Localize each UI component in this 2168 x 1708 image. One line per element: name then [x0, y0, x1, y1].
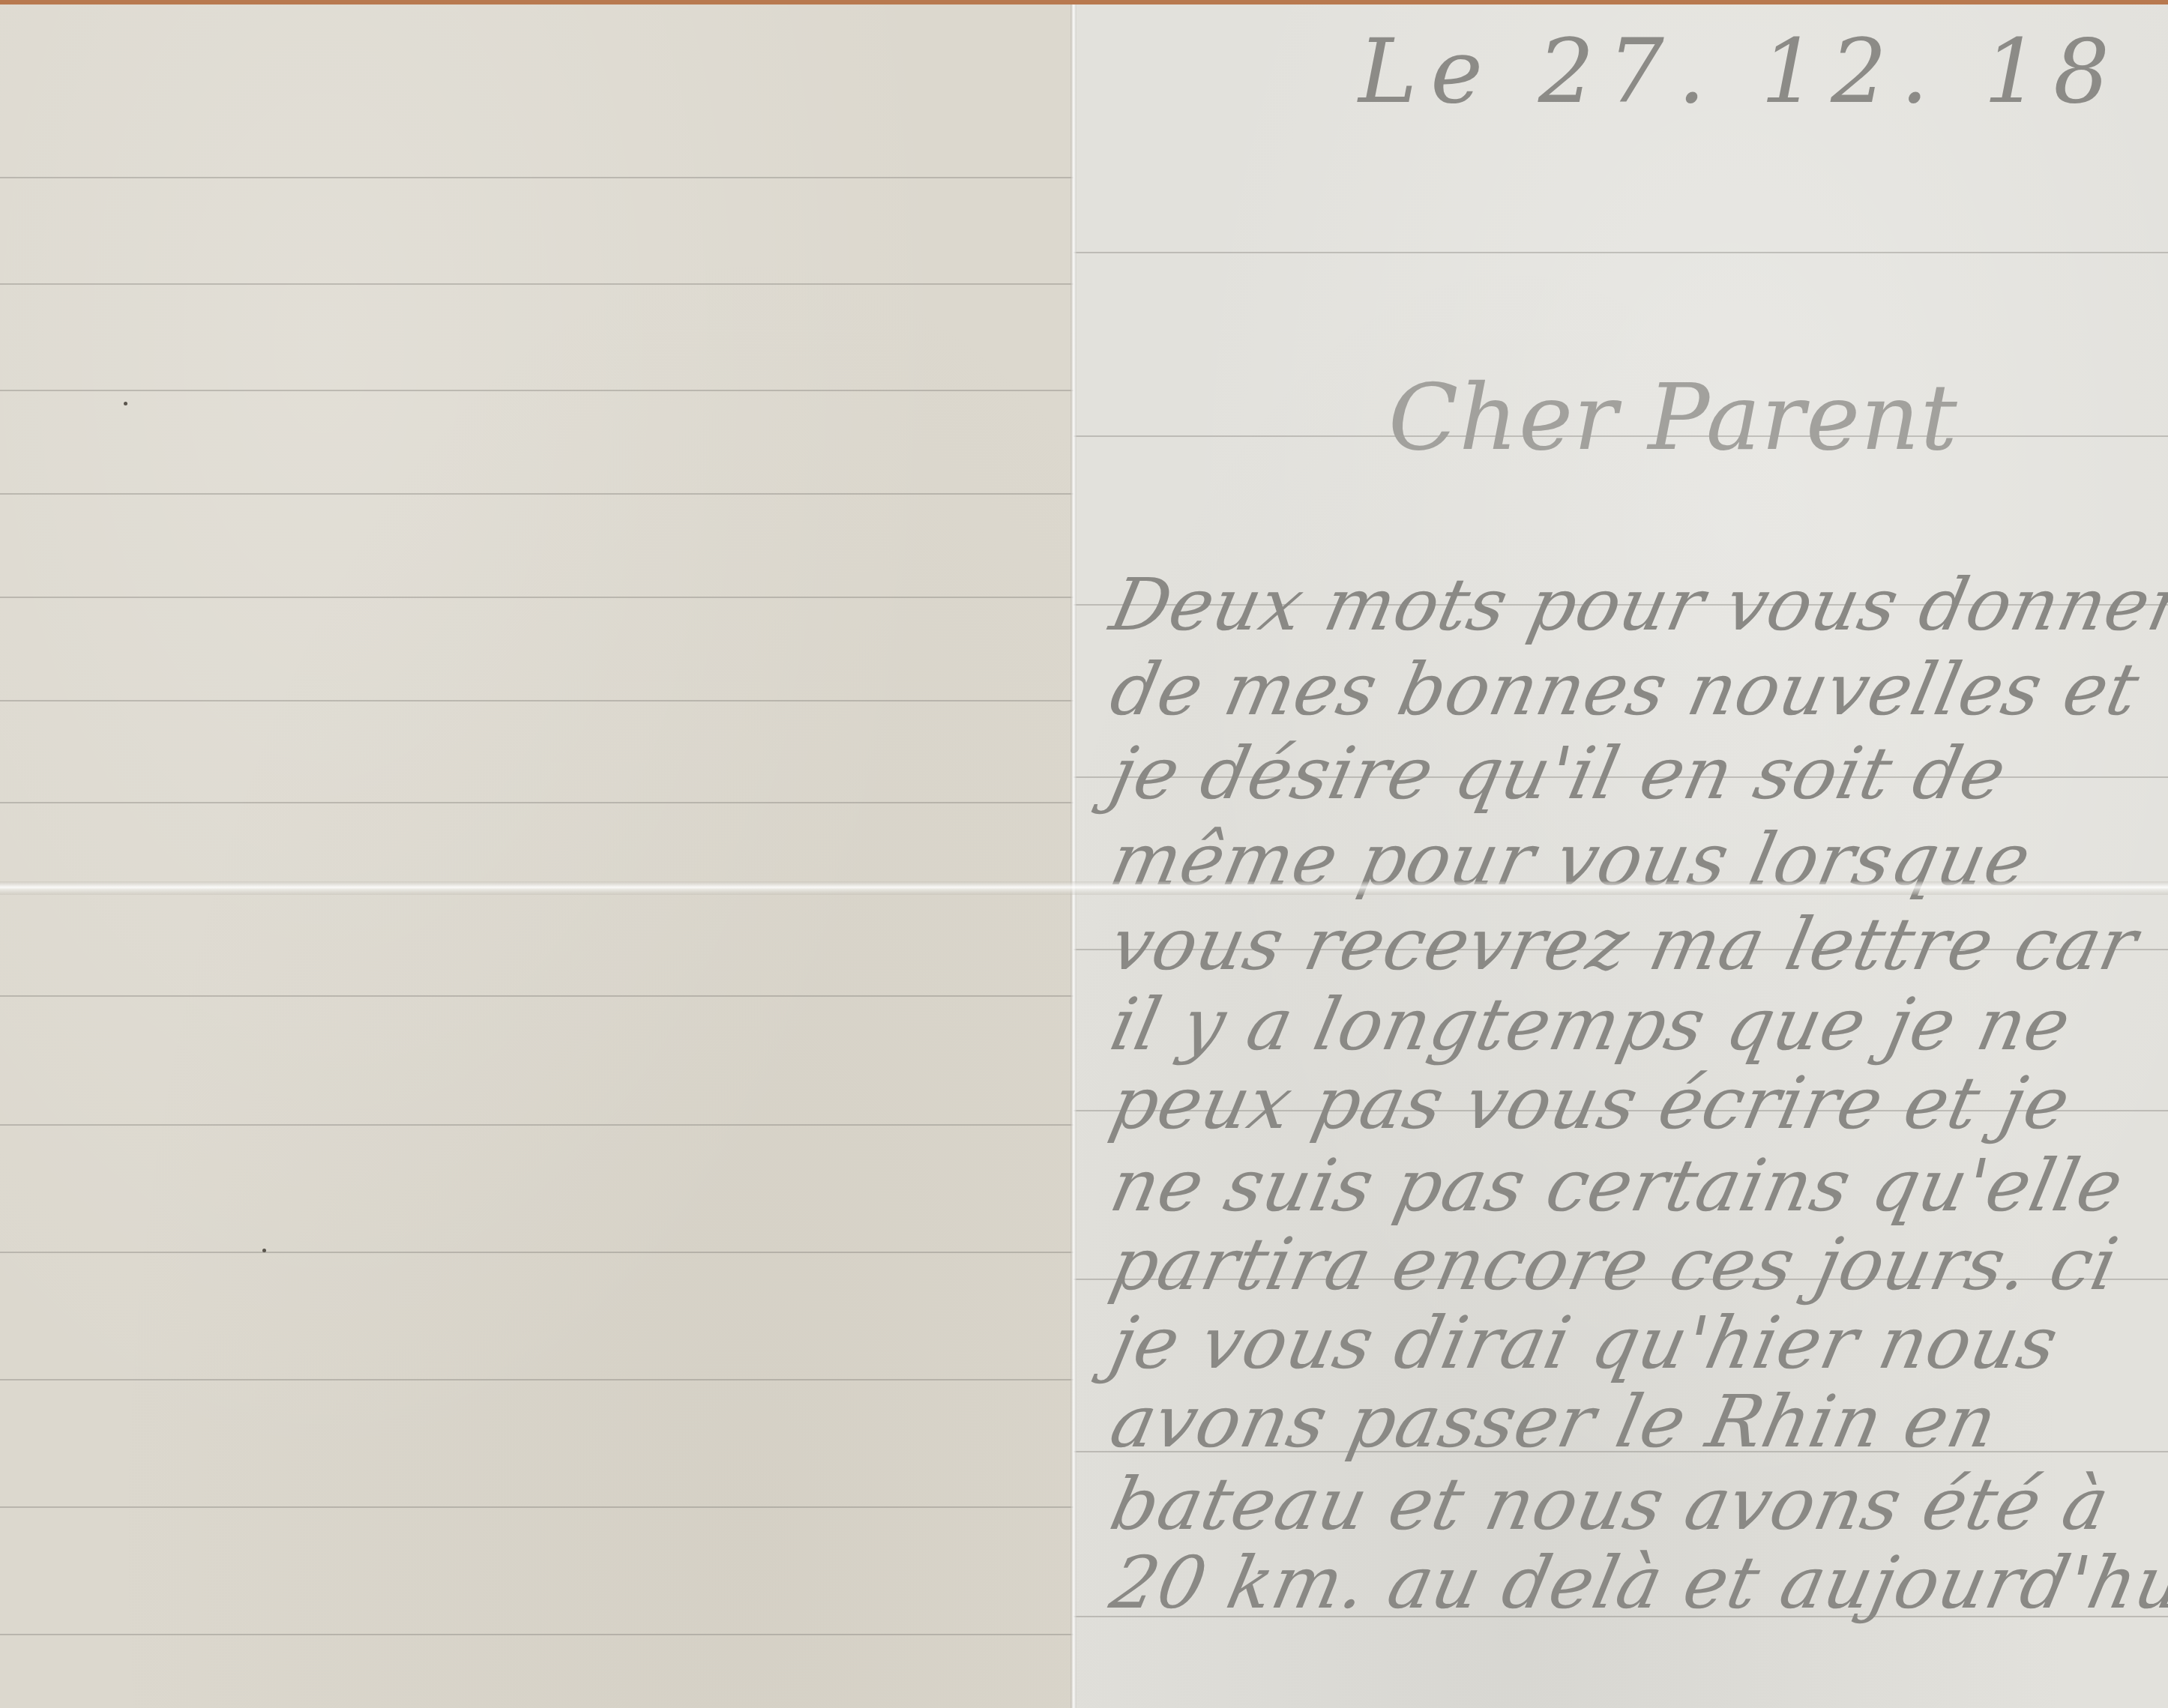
ruled-line	[0, 802, 1074, 803]
paper-speck	[124, 402, 127, 405]
horizontal-fold-crease	[0, 881, 2168, 895]
letter-body-line: avons passer le Rhin en	[1103, 1380, 2005, 1464]
ruled-line	[0, 493, 1074, 495]
letter-body-line: ne suis pas certains qu'elle	[1103, 1144, 2131, 1228]
ruled-line	[0, 1124, 1074, 1126]
ruled-line	[0, 177, 1074, 178]
ruled-line	[0, 1634, 1074, 1635]
letter-body-line: bateau et nous avons été à	[1103, 1462, 2116, 1546]
ruled-line	[0, 1379, 1074, 1380]
ruled-line	[0, 1252, 1074, 1253]
letter-body-line: je désire qu'il en soit de	[1103, 731, 2014, 815]
letter-body-line: de mes bonnes nouvelles et	[1103, 648, 2147, 731]
ruled-line	[0, 283, 1074, 285]
ruled-line	[0, 1506, 1074, 1508]
letter-date: Le 27. 12. 18	[1358, 19, 2123, 123]
ruled-line	[0, 597, 1074, 598]
letter-salutation: Cher Parent	[1388, 364, 1958, 471]
letter-sheet: Le 27. 12. 18 Cher Parent Deux mots pour…	[0, 4, 2168, 1708]
letter-body-line: il y a longtemps que je ne	[1103, 983, 2078, 1066]
center-fold-crease	[1071, 4, 1077, 1708]
ruled-line	[0, 390, 1074, 391]
right-page: Le 27. 12. 18 Cher Parent Deux mots pour…	[1074, 4, 2168, 1708]
ruled-line	[0, 995, 1074, 997]
letter-body-line: je vous dirai qu'hier nous	[1103, 1301, 2065, 1385]
letter-body-line: partira encore ces jours. ci	[1103, 1222, 2125, 1306]
letter-body-line: Deux mots pour vous donner	[1103, 563, 2168, 647]
left-page	[0, 4, 1074, 1708]
paper-speck	[262, 1249, 266, 1252]
ruled-line	[0, 700, 1074, 701]
letter-body-line: 20 km. au delà et aujourd'hui	[1103, 1541, 2168, 1625]
letter-body-line: peux pas vous écrire et je	[1103, 1061, 2078, 1145]
ruled-line	[1074, 252, 2168, 253]
letter-body-line: vous recevrez ma lettre car	[1103, 902, 2145, 986]
